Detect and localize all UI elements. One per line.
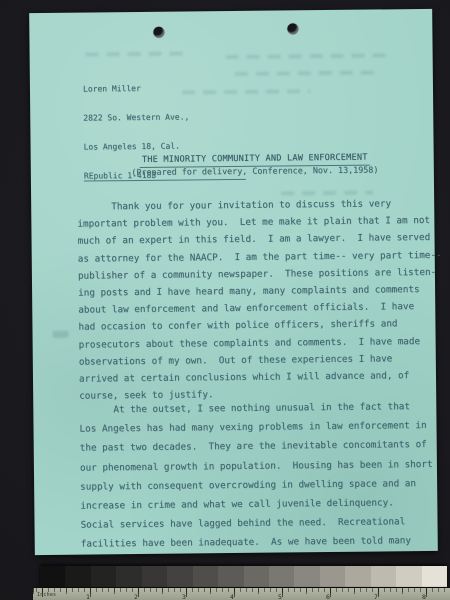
paragraph-2: At the outset, I see nothing unusual in … — [79, 397, 441, 554]
grayscale-step — [65, 566, 90, 587]
punch-hole — [153, 27, 164, 38]
ruler-number: 4 — [230, 593, 234, 600]
bleed-through-smudge — [226, 53, 386, 59]
ruler-number: 8 — [422, 593, 426, 600]
ruler-inch-ticks — [33, 588, 450, 597]
grayscale-step — [193, 566, 218, 587]
grayscale-step — [40, 566, 65, 587]
paragraph-1: Thank you for your invitation to discuss… — [77, 195, 439, 405]
grayscale-step — [244, 566, 269, 587]
sender-address-block: Loren Miller 2822 So. Western Ave., Los … — [83, 64, 247, 201]
grayscale-step — [396, 566, 421, 587]
grayscale-step — [167, 566, 192, 587]
grayscale-step — [371, 566, 396, 587]
grayscale-calibration-bar — [40, 566, 447, 587]
grayscale-step — [142, 566, 167, 587]
bleed-through-smudge — [53, 331, 69, 338]
ruler-number: 5 — [278, 593, 282, 600]
punch-hole — [287, 23, 298, 34]
grayscale-step — [294, 566, 319, 587]
sender-street: 2822 So. Western Ave., — [83, 112, 245, 123]
grayscale-step — [345, 566, 370, 587]
grayscale-step — [422, 566, 447, 587]
scan-background: Loren Miller 2822 So. Western Ave., Los … — [0, 0, 450, 600]
sender-name: Loren Miller — [83, 83, 245, 94]
grayscale-step — [320, 566, 345, 587]
grayscale-step — [218, 566, 243, 587]
body-line: facilities have been inadequate. As we h… — [81, 531, 441, 554]
ruler-number: 7 — [374, 593, 378, 600]
ruler-number: 3 — [182, 593, 186, 600]
ruler-label: Inches — [37, 592, 56, 598]
grayscale-step — [116, 566, 141, 587]
ruler: Inches 1 2 3 4 5 6 7 8 — [33, 588, 450, 600]
bleed-through-smudge — [86, 51, 191, 56]
grayscale-step — [269, 566, 294, 587]
document-page: Loren Miller 2822 So. Western Ave., Los … — [29, 9, 438, 555]
grayscale-step — [91, 566, 116, 587]
bleed-through-smudge — [235, 71, 375, 76]
ruler-number: 6 — [326, 593, 330, 600]
ruler-number: 1 — [86, 593, 90, 600]
ruler-number: 2 — [134, 593, 138, 600]
